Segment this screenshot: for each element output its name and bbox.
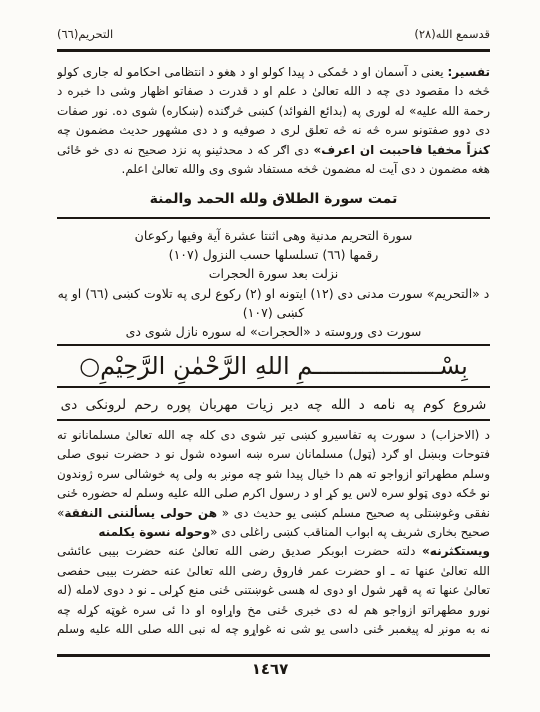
text-line: څخه دا مقصود دى چه د الله تعالىٰ د علم ا… bbox=[57, 82, 490, 101]
surah-info-line: سورة التحريم مدنية وهى اثنتا عشرة آية وف… bbox=[57, 226, 490, 245]
header-rule bbox=[57, 49, 490, 52]
hadith-quote-bukhari: وحوله نسوة يكلمنه bbox=[98, 525, 210, 539]
page-number: ١٤٦٧ bbox=[0, 660, 540, 678]
text-line: الله تعالىٰ عنها ته ـ او حضرت عمر فاروق … bbox=[57, 562, 490, 581]
text-line: كنزاً مخفيا فاحببت ان اعرف» دى اګر كه د … bbox=[57, 141, 490, 160]
text-line: نه به مونږ له پيغمبر ځنى داسى يو شى نه غ… bbox=[57, 620, 490, 639]
ayah-end-mark: ○ bbox=[79, 352, 100, 380]
footer-rule bbox=[57, 654, 490, 657]
tafsir-paragraph: تفسير: يعنى د آسمان او د ځمكى د پيدا كول… bbox=[57, 63, 490, 179]
text-line: نو ځكه دوى ټولو سره لاس يو كړ او د رسول … bbox=[57, 484, 490, 503]
text-line: هغه مضمون د دى آيت له مضمون څخه مستفاد ش… bbox=[57, 160, 490, 179]
surah-info-line: نزلت بعد سورة الحجرات bbox=[57, 264, 490, 283]
surah-info-line: د «التحريم» سورت مدنى دى (١٢) ايتونه او … bbox=[57, 284, 490, 303]
text-segment: نفقى وغوښتلى په صحيح مسلم كښى يو حديث دى… bbox=[217, 506, 490, 520]
basmala-translation: شروع كوم په نامه د الله چه دير زيات مهرب… bbox=[57, 392, 490, 418]
surah-info-line: رقمها (٦٦) تسلسلها حسب النزول (١٠٧) bbox=[57, 245, 490, 264]
divider-rule bbox=[57, 386, 490, 388]
commentary-paragraph: د (الاحزاب) د سورت په تفاسيرو كښى تير شو… bbox=[57, 426, 490, 639]
surah-info-line: سورت دى وروسته د «الحجرات» له سوره نازل … bbox=[57, 322, 490, 341]
text-line: وسلم مطهراتو ازواجو ته هم دا خيال پيدا ش… bbox=[57, 465, 490, 484]
basmala-calligraphy: بِسْــــــــــــــــــمِ اللهِ الرَّحْمٰ… bbox=[57, 347, 490, 385]
text-line: رحمة الله عليه» له لورى په (بدائع الفوائ… bbox=[57, 102, 490, 121]
book-page: التحريم(٦٦) قدسمع الله(٢٨) تفسير: يعنى د… bbox=[0, 0, 540, 712]
surah-info-line: كښى (١٠٧) bbox=[57, 303, 490, 322]
surah-closing-heading: تمت سورة الطلاق ولله الحمد والمنة bbox=[57, 188, 490, 210]
text-line: د (الاحزاب) د سورت په تفاسيرو كښى تير شو… bbox=[57, 426, 490, 445]
hadith-quote-end: كنزاً مخفيا فاحببت ان اعرف» bbox=[313, 143, 490, 157]
text-line: فتوحات وبښل او ګرد (ټول) مسلمانان سره ښه… bbox=[57, 445, 490, 464]
text-line: ويستكثرنه» دلته حضرت ابوبكر صديق رضى الل… bbox=[57, 542, 490, 561]
text-segment: صحيح بخارى شريف په ابواب المناقب كښى راغ… bbox=[210, 525, 490, 539]
basmala-text: بِسْــــــــــــــــــمِ اللهِ الرَّحْمٰ… bbox=[100, 352, 468, 380]
text-segment: دى دوو صفتونو سره څه نه څه تعلق لرى د صو… bbox=[57, 123, 490, 137]
tafsir-lead: تفسير: bbox=[447, 65, 490, 79]
text-line: تفسير: يعنى د آسمان او د ځمكى د پيدا كول… bbox=[57, 63, 490, 82]
surah-info-block: سورة التحريم مدنية وهى اثنتا عشرة آية وف… bbox=[57, 226, 490, 341]
text-line: صحيح بخارى شريف په ابواب المناقب كښى راغ… bbox=[57, 523, 490, 542]
divider-rule bbox=[57, 419, 490, 421]
text-line: نفقى وغوښتلى په صحيح مسلم كښى يو حديث دى… bbox=[57, 504, 490, 523]
text-line: تعالىٰ عنها ته په قهر شول او دوى له هسى … bbox=[57, 581, 490, 600]
hadith-quote-muslim: هن حولى يسألننى النفقة bbox=[64, 506, 217, 520]
divider-rule bbox=[57, 344, 490, 346]
header-juz-label: قدسمع الله(٢٨) bbox=[414, 27, 490, 41]
text-segment: يعنى د آسمان او د ځمكى د پيدا كولو او د … bbox=[57, 65, 447, 79]
hadith-quote-bukhari-end: ويستكثرنه» bbox=[422, 544, 490, 558]
text-line: نورو مطهراتو ازواجو هم له دى خبرى ځنى مخ… bbox=[57, 601, 490, 620]
header-surah-label: التحريم(٦٦) bbox=[57, 27, 113, 41]
text-line: دى دوو صفتونو سره څه نه څه تعلق لرى د صو… bbox=[57, 121, 490, 140]
divider-rule bbox=[57, 217, 490, 219]
